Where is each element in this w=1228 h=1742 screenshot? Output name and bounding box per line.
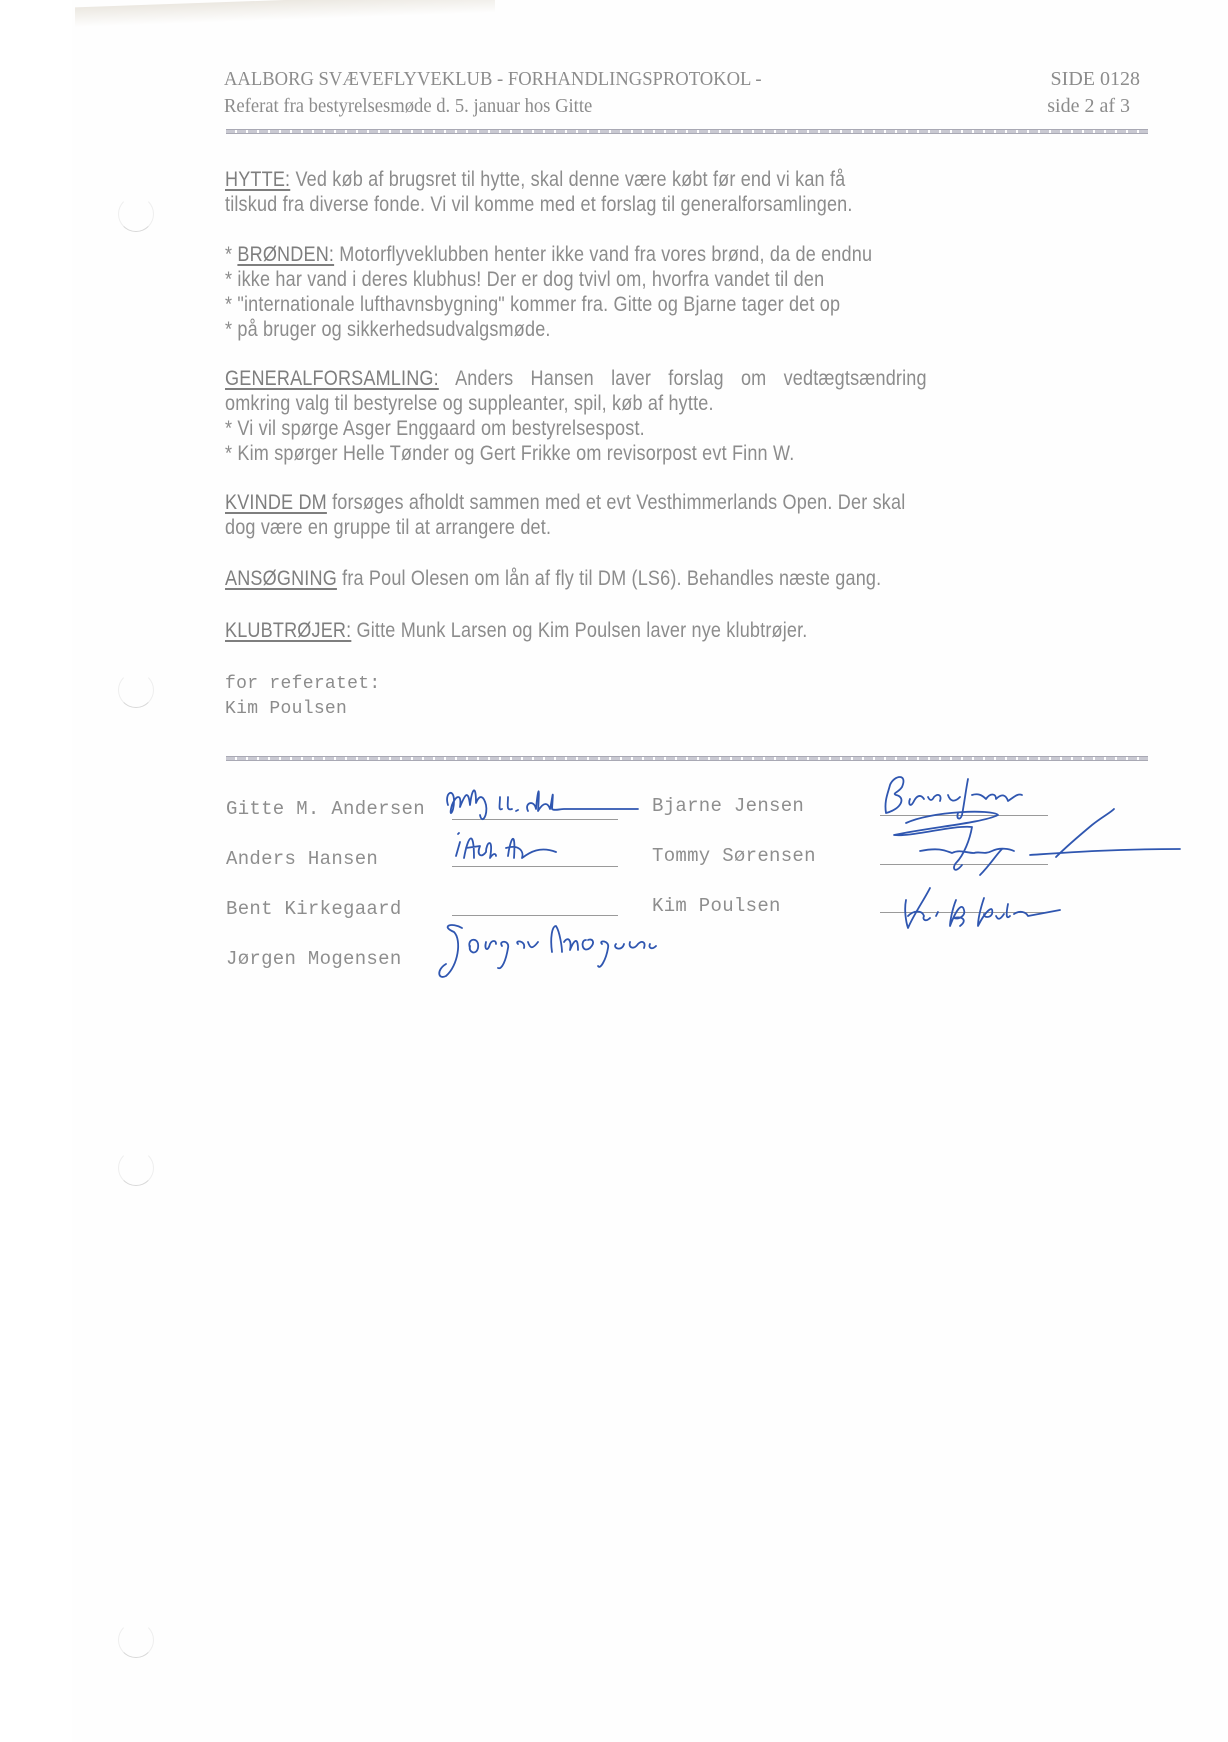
section-bronden: * BRØNDEN: Motorflyveklubben henter ikke… [225,242,1016,342]
signatory-name: Tommy Sørensen [652,845,816,867]
closing-label: for referatet: [225,672,1145,697]
signature-tommy-sorensen [880,795,1200,875]
signatory-name: Anders Hansen [226,848,378,870]
signature-divider [226,756,1148,761]
section-heading: BRØNDEN: [237,243,334,266]
section-generalforsamling: GENERALFORSAMLING: Anders Hansen laver f… [225,366,1016,466]
page-indicator: SIDE 0128 side 2 af 3 [970,66,1140,120]
document-header: AALBORG SVÆVEFLYVEKLUB - FORHANDLINGSPRO… [224,66,762,120]
punch-hole-mark [118,1622,154,1658]
header-divider [226,129,1148,134]
closing-author: Kim Poulsen [225,697,1145,722]
section-heading: ANSØGNING [225,567,337,590]
page-number: SIDE 0128 [970,66,1140,93]
signature-line [452,915,618,916]
section-heading: GENERALFORSAMLING: [225,367,439,390]
signatory-name: Gitte M. Andersen [226,798,425,820]
document-title: AALBORG SVÆVEFLYVEKLUB - FORHANDLINGSPRO… [224,66,762,93]
punch-hole-mark [118,672,154,708]
signature-kim-poulsen [900,870,1100,940]
page-of: side 2 af 3 [970,93,1140,120]
signature-jorgen-mogensen [432,918,722,988]
section-klubtrojer: KLUBTRØJER: Gitte Munk Larsen og Kim Pou… [225,618,1016,643]
paper-crease [75,0,495,27]
section-heading: KLUBTRØJER: [225,619,351,642]
punch-hole-mark [118,1150,154,1186]
signatory-name: Bjarne Jensen [652,795,804,817]
section-hytte: HYTTE: Ved køb af brugsret til hytte, sk… [225,167,1016,217]
section-heading: KVINDE DM [225,491,327,514]
signatory-name: Bent Kirkegaard [226,898,402,920]
punch-hole-mark [118,196,154,232]
signatory-name: Kim Poulsen [652,895,781,917]
section-ansogning: ANSØGNING fra Poul Olesen om lån af fly … [225,566,1016,591]
signature-anders-hansen [450,822,620,872]
section-heading: HYTTE: [225,168,290,191]
scanner-margin [0,0,72,1742]
document-subtitle: Referat fra bestyrelsesmøde d. 5. januar… [224,93,762,120]
closing: for referatet: Kim Poulsen [225,672,1145,722]
section-kvinde-dm: KVINDE DM forsøges afholdt sammen med et… [225,490,1016,540]
signatory-name: Jørgen Mogensen [226,948,402,970]
